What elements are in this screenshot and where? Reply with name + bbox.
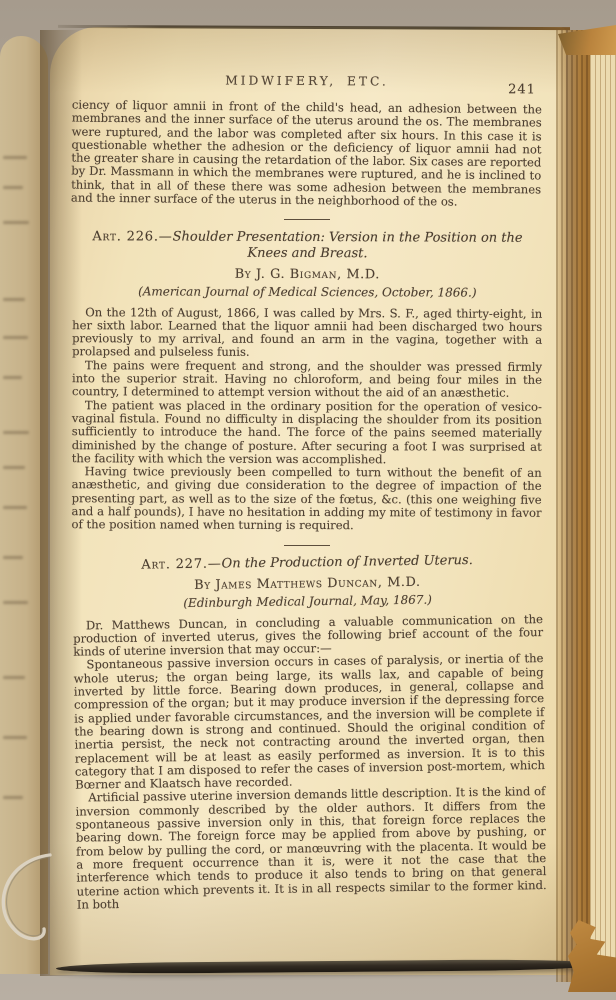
article-paragraph: Artificial passive uterine inversion dem… (75, 786, 547, 912)
article-source: (Edinburgh Medical Journal, May, 1867.) (73, 592, 543, 612)
section-divider (284, 545, 330, 546)
article-source: (American Journal of Medical Sciences, O… (72, 286, 542, 301)
ghost-text-line (3, 466, 25, 469)
wire-loop (0, 845, 66, 963)
ghost-text-line (3, 431, 29, 434)
page-stack-lines (590, 36, 616, 982)
ghost-text-line (3, 676, 25, 679)
article-paragraph: On the 12th of August, 1866, I was calle… (72, 306, 542, 361)
article-paragraph: Having twice previously been compelled t… (71, 466, 541, 534)
article-226: Art. 226.—Shoulder Presentation: Version… (71, 230, 542, 534)
page-content: MIDWIFERY, ETC. 241 ciency of liquor amn… (72, 75, 542, 909)
article-227: Art. 227.—On the Production of Inverted … (72, 552, 547, 912)
article-paragraph: The patient was placed in the ordinary p… (72, 399, 542, 467)
ghost-text-line (3, 601, 28, 604)
continuation-paragraph: ciency of liquor amnii in front of the c… (71, 99, 542, 210)
article-byline: By James Matthews Duncan, M.D. (72, 574, 542, 594)
article-title: On the Production of Inverted Uterus. (222, 553, 473, 572)
article-number: Art. 227.— (141, 557, 221, 573)
ghost-text-line (3, 376, 22, 379)
book-photo: MIDWIFERY, ETC. 241 ciency of liquor amn… (0, 0, 616, 1000)
page-number: 241 (508, 83, 536, 96)
article-heading: Art. 227.—On the Production of Inverted … (78, 552, 536, 574)
ghost-text-line (3, 298, 25, 301)
running-header-row: MIDWIFERY, ETC. 241 (72, 74, 542, 95)
article-heading: Art. 226.—Shoulder Presentation: Version… (78, 230, 536, 264)
running-header: MIDWIFERY, ETC. (72, 74, 542, 90)
ghost-text-line (3, 221, 29, 224)
article-byline: By J. G. Bigman, M.D. (72, 268, 542, 283)
article-title: Shoulder Presentation: Version in the Po… (173, 230, 523, 262)
section-divider (284, 219, 330, 220)
ghost-text-line (3, 186, 23, 189)
ghost-text-line (3, 556, 23, 559)
article-paragraph: The pains were frequent and strong, and … (72, 359, 542, 401)
fore-edge-streaks (556, 30, 592, 982)
ghost-text-line (3, 506, 27, 509)
page-stack-edge (590, 36, 616, 982)
book-page: MIDWIFERY, ETC. 241 ciency of liquor amn… (50, 27, 566, 975)
ghost-text-line (3, 336, 28, 339)
article-paragraph: Spontaneous passive inversion occurs in … (73, 653, 545, 793)
fore-edge-band (556, 30, 592, 982)
ghost-text-line (3, 156, 27, 159)
article-number: Art. 226.— (92, 230, 172, 245)
ghost-text-line (3, 736, 27, 739)
ghost-text-line (3, 796, 23, 799)
opposite-page-edge (0, 36, 48, 974)
